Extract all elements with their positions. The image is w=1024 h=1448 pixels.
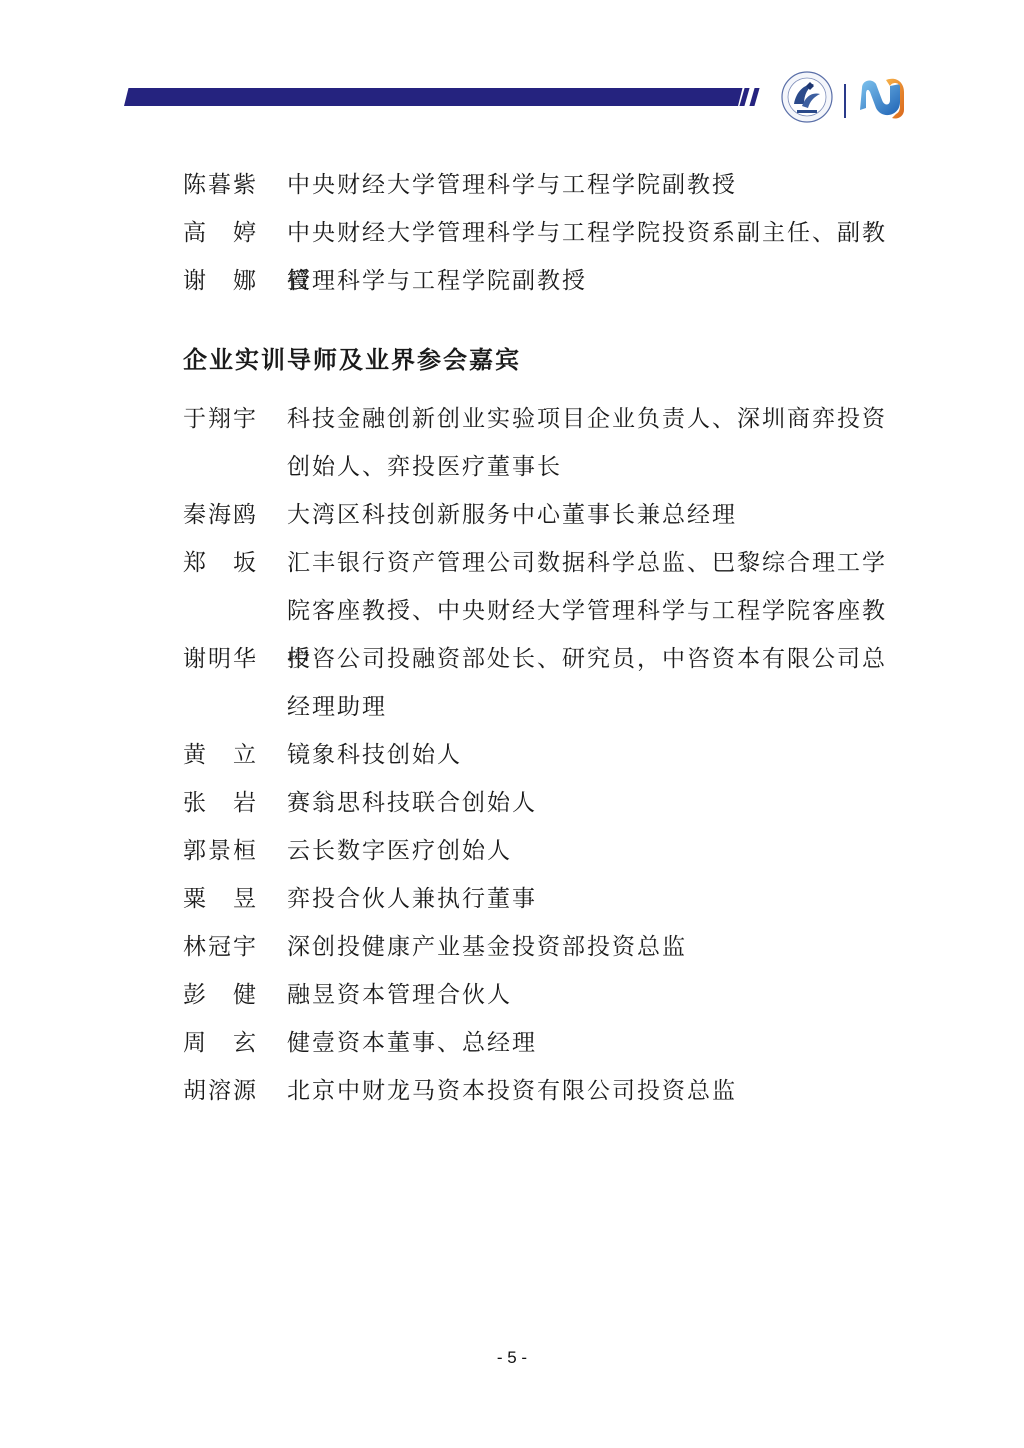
header-stripe [749, 88, 759, 106]
person-title: 深创投健康产业基金投资部投资总监 [287, 923, 903, 971]
logo-divider [844, 84, 846, 118]
person-title: 健壹资本董事、总经理 [287, 1019, 903, 1067]
person-title: 赛翁思科技联合创始人 [287, 779, 903, 827]
person-title: 中央财经大学管理科学与工程学院副教授 [287, 161, 903, 209]
header-blue-bar [124, 88, 742, 106]
person-title-continued: 经理助理 [287, 683, 903, 731]
university-seal-icon [780, 70, 834, 124]
person-title: 融昱资本管理合伙人 [287, 971, 903, 1019]
person-title: 科技金融创新创业实验项目企业负责人、深圳商弈投资 [287, 395, 903, 443]
section-heading: 企业实训导师及业界参会嘉宾 [183, 340, 521, 380]
person-title: 镜象科技创始人 [287, 731, 903, 779]
person-title-continued: 创始人、弈投医疗董事长 [287, 443, 903, 491]
person-title: 弈投合伙人兼执行董事 [287, 875, 903, 923]
page-number: - 5 - [0, 1348, 1024, 1368]
person-name: 于翔宇 [183, 395, 273, 443]
person-title: 管理科学与工程学院副教授 [287, 257, 903, 305]
person-name: 林冠宇 [183, 923, 273, 971]
person-name: 陈暮紫 [183, 161, 273, 209]
person-name: 秦海鸥 [183, 491, 273, 539]
person-name: 黄 立 [183, 731, 273, 779]
person-title: 汇丰银行资产管理公司数据科学总监、巴黎综合理工学 [287, 539, 903, 587]
person-title: 中咨公司投融资部处长、研究员，中咨资本有限公司总 [287, 635, 903, 683]
person-name: 彭 健 [183, 971, 273, 1019]
person-title: 大湾区科技创新服务中心董事长兼总经理 [287, 491, 903, 539]
person-name: 谢 娜 [183, 257, 273, 305]
person-name: 郭景桓 [183, 827, 273, 875]
person-name: 张 岩 [183, 779, 273, 827]
person-name: 周 玄 [183, 1019, 273, 1067]
page-header [0, 0, 1024, 140]
person-name: 谢明华 [183, 635, 273, 683]
brand-logo-icon [856, 74, 906, 122]
person-title: 云长数字医疗创始人 [287, 827, 903, 875]
person-name: 郑 坂 [183, 539, 273, 587]
person-name: 高 婷 [183, 209, 273, 257]
person-title: 北京中财龙马资本投资有限公司投资总监 [287, 1067, 903, 1115]
person-name: 粟 昱 [183, 875, 273, 923]
person-name: 胡溶源 [183, 1067, 273, 1115]
